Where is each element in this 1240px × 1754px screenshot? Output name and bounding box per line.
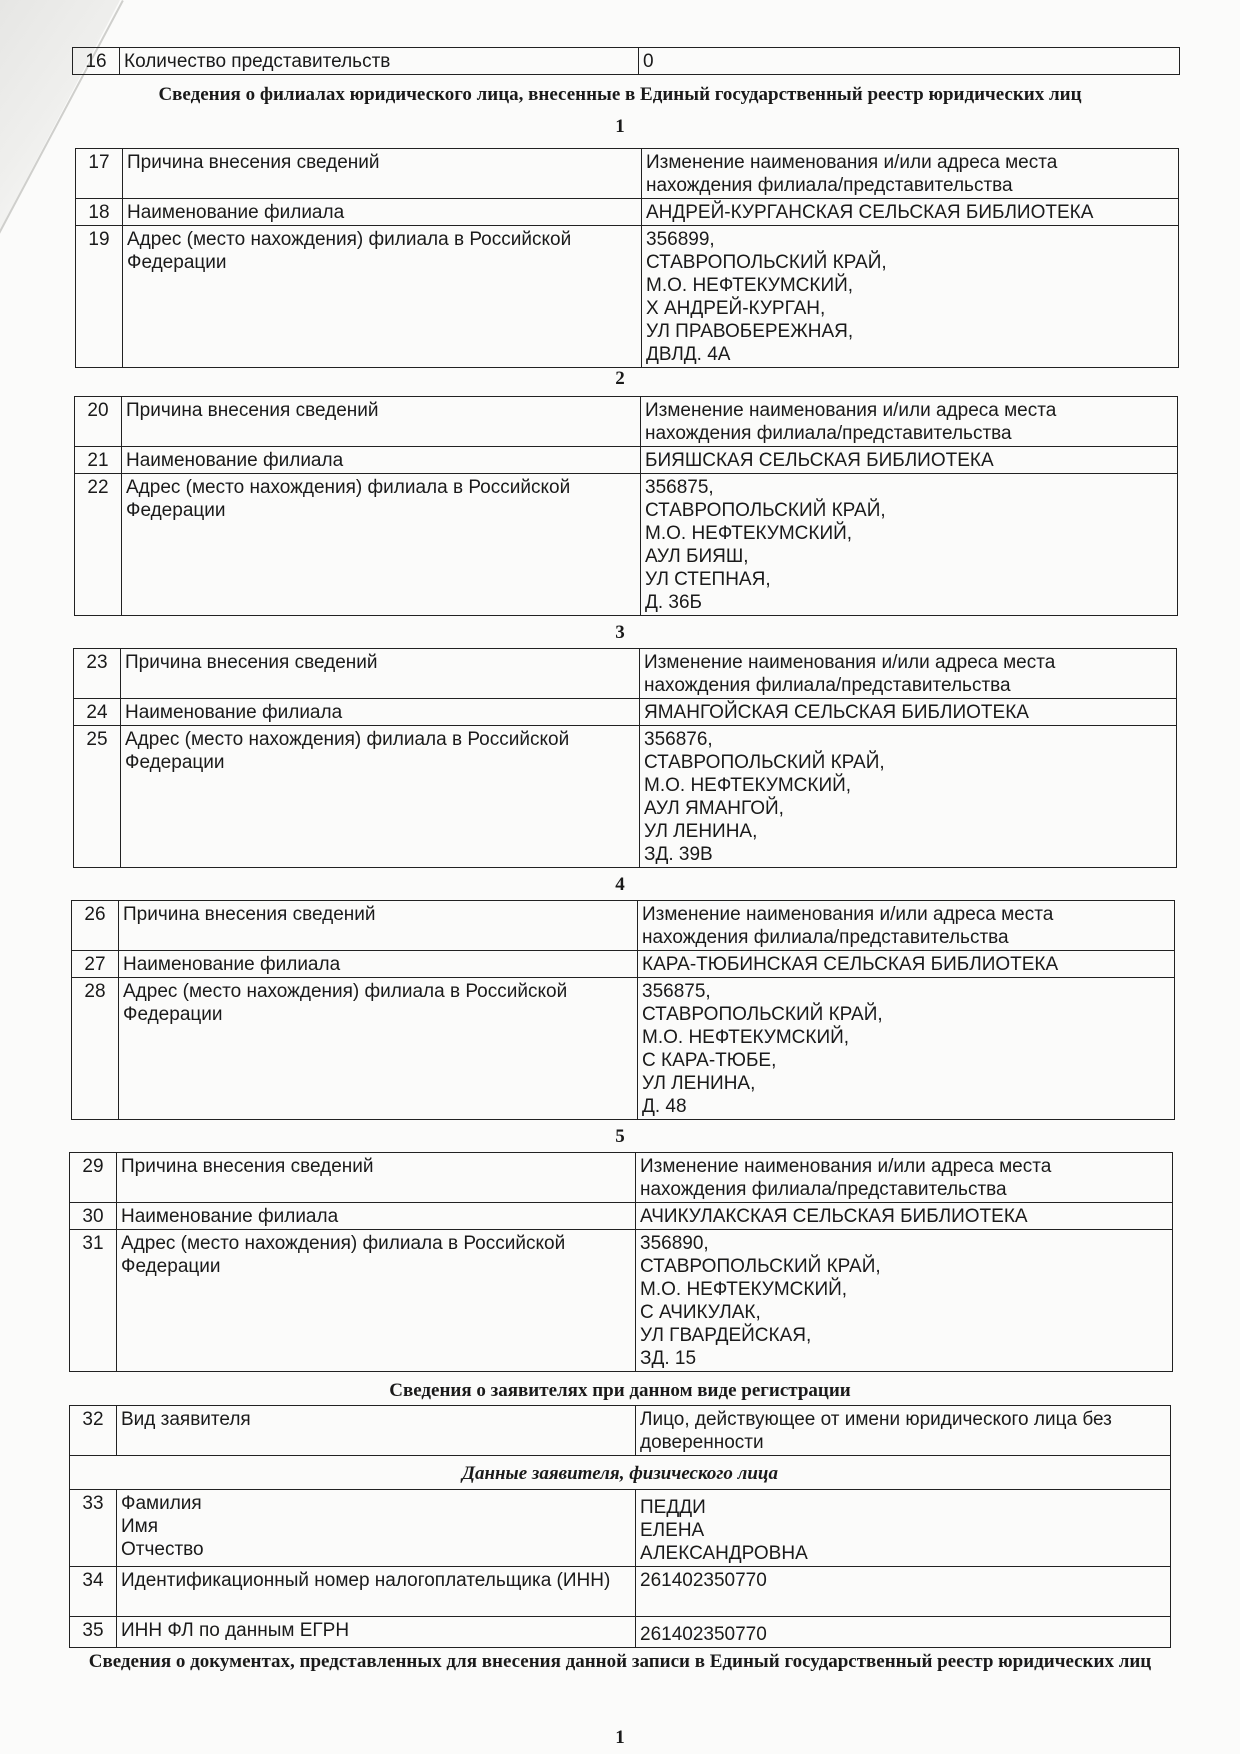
branch-index-4: 4 [0, 874, 1240, 896]
row-value: Изменение наименования и/или адреса мест… [641, 397, 1178, 447]
row-label: Адрес (место нахождения) филиала в Росси… [121, 726, 640, 868]
row-label: Причина внесения сведений [122, 397, 641, 447]
applicants-section-heading: Сведения о заявителях при данном виде ре… [60, 1380, 1180, 1402]
table-row: 31 Адрес (место нахождения) филиала в Ро… [70, 1230, 1173, 1372]
table-row: 21 Наименование филиала БИЯШСКАЯ СЕЛЬСКА… [75, 447, 1178, 474]
row-value: 261402350770 [636, 1567, 1171, 1617]
table-row: 18 Наименование филиала АНДРЕЙ-КУРГАНСКА… [76, 199, 1179, 226]
row-number: 16 [73, 48, 120, 75]
row-number: 22 [75, 474, 122, 616]
table-row: 22 Адрес (место нахождения) филиала в Ро… [75, 474, 1178, 616]
row-value: Лицо, действующее от имени юридического … [636, 1406, 1171, 1456]
table-row: 35 ИНН ФЛ по данным ЕГРН 261402350770 [70, 1617, 1171, 1648]
row-number: 32 [70, 1406, 117, 1456]
branch-index-3: 3 [0, 622, 1240, 644]
table-row: Данные заявителя, физического лица [70, 1456, 1171, 1490]
representatives-count-table: 16 Количество представительств 0 [72, 47, 1180, 75]
row-number: 23 [74, 649, 121, 699]
table-row: 25 Адрес (место нахождения) филиала в Ро… [74, 726, 1177, 868]
row-label: Причина внесения сведений [121, 649, 640, 699]
row-number: 35 [70, 1617, 117, 1648]
row-value: КАРА-ТЮБИНСКАЯ СЕЛЬСКАЯ БИБЛИОТЕКА [638, 951, 1175, 978]
row-number: 29 [70, 1153, 117, 1203]
row-label: Адрес (место нахождения) филиала в Росси… [119, 978, 638, 1120]
table-row: 19 Адрес (место нахождения) филиала в Ро… [76, 226, 1179, 368]
row-value: Изменение наименования и/или адреса мест… [638, 901, 1175, 951]
row-label: Количество представительств [120, 48, 639, 75]
row-number: 18 [76, 199, 123, 226]
branch-table-4: 26 Причина внесения сведений Изменение н… [71, 900, 1175, 1120]
applicant-table: 32 Вид заявителя Лицо, действующее от им… [69, 1405, 1171, 1648]
row-label: Наименование филиала [119, 951, 638, 978]
row-number: 17 [76, 149, 123, 199]
page-number: 1 [0, 1727, 1240, 1749]
table-row: 27 Наименование филиала КАРА-ТЮБИНСКАЯ С… [72, 951, 1175, 978]
table-row: 26 Причина внесения сведений Изменение н… [72, 901, 1175, 951]
row-label: Наименование филиала [122, 447, 641, 474]
row-number: 20 [75, 397, 122, 447]
row-value: АНДРЕЙ-КУРГАНСКАЯ СЕЛЬСКАЯ БИБЛИОТЕКА [642, 199, 1179, 226]
table-row: 24 Наименование филиала ЯМАНГОЙСКАЯ СЕЛЬ… [74, 699, 1177, 726]
branch-index-1: 1 [0, 116, 1240, 138]
row-value: Изменение наименования и/или адреса мест… [640, 649, 1177, 699]
branch-table-1: 17 Причина внесения сведений Изменение н… [75, 148, 1179, 368]
table-row: 30 Наименование филиала АЧИКУЛАКСКАЯ СЕЛ… [70, 1203, 1173, 1230]
row-number: 31 [70, 1230, 117, 1372]
branch-index-5: 5 [0, 1126, 1240, 1148]
row-label: Причина внесения сведений [123, 149, 642, 199]
branch-table-5: 29 Причина внесения сведений Изменение н… [69, 1152, 1173, 1372]
row-label: Идентификационный номер налогоплательщик… [117, 1567, 636, 1617]
row-number: 19 [76, 226, 123, 368]
row-value: Изменение наименования и/или адреса мест… [642, 149, 1179, 199]
row-number: 21 [75, 447, 122, 474]
row-number: 27 [72, 951, 119, 978]
table-row: 20 Причина внесения сведений Изменение н… [75, 397, 1178, 447]
row-label: Адрес (место нахождения) филиала в Росси… [117, 1230, 636, 1372]
row-value: 356899, СТАВРОПОЛЬСКИЙ КРАЙ, М.О. НЕФТЕК… [642, 226, 1179, 368]
row-label: Фамилия Имя Отчество [117, 1490, 636, 1567]
row-value: Изменение наименования и/или адреса мест… [636, 1153, 1173, 1203]
table-row: 33 Фамилия Имя Отчество ПЕДДИ ЕЛЕНА АЛЕК… [70, 1490, 1171, 1567]
branches-section-heading: Сведения о филиалах юридического лица, в… [60, 84, 1180, 106]
row-number: 26 [72, 901, 119, 951]
row-label: Причина внесения сведений [119, 901, 638, 951]
row-label: Вид заявителя [117, 1406, 636, 1456]
row-value: 356875, СТАВРОПОЛЬСКИЙ КРАЙ, М.О. НЕФТЕК… [638, 978, 1175, 1120]
branch-table-2: 20 Причина внесения сведений Изменение н… [74, 396, 1178, 616]
row-value: ПЕДДИ ЕЛЕНА АЛЕКСАНДРОВНА [636, 1490, 1171, 1567]
row-value: 356876, СТАВРОПОЛЬСКИЙ КРАЙ, М.О. НЕФТЕК… [640, 726, 1177, 868]
row-label: Адрес (место нахождения) филиала в Росси… [123, 226, 642, 368]
row-number: 30 [70, 1203, 117, 1230]
row-value: 261402350770 [636, 1617, 1171, 1648]
branch-index-2: 2 [0, 368, 1240, 390]
row-number: 34 [70, 1567, 117, 1617]
row-label: Причина внесения сведений [117, 1153, 636, 1203]
row-number: 25 [74, 726, 121, 868]
row-value: 356875, СТАВРОПОЛЬСКИЙ КРАЙ, М.О. НЕФТЕК… [641, 474, 1178, 616]
row-label: Наименование филиала [123, 199, 642, 226]
row-value: 0 [639, 48, 1180, 75]
row-number: 28 [72, 978, 119, 1120]
row-label: Наименование филиала [121, 699, 640, 726]
table-row: 29 Причина внесения сведений Изменение н… [70, 1153, 1173, 1203]
table-row: 28 Адрес (место нахождения) филиала в Ро… [72, 978, 1175, 1120]
row-value: БИЯШСКАЯ СЕЛЬСКАЯ БИБЛИОТЕКА [641, 447, 1178, 474]
branch-table-3: 23 Причина внесения сведений Изменение н… [73, 648, 1177, 868]
table-row: 17 Причина внесения сведений Изменение н… [76, 149, 1179, 199]
row-number: 24 [74, 699, 121, 726]
table-row: 32 Вид заявителя Лицо, действующее от им… [70, 1406, 1171, 1456]
row-value: ЯМАНГОЙСКАЯ СЕЛЬСКАЯ БИБЛИОТЕКА [640, 699, 1177, 726]
row-label: ИНН ФЛ по данным ЕГРН [117, 1617, 636, 1648]
row-label: Адрес (место нахождения) филиала в Росси… [122, 474, 641, 616]
table-row: 34 Идентификационный номер налогоплатель… [70, 1567, 1171, 1617]
table-row: 16 Количество представительств 0 [73, 48, 1180, 75]
row-value: 356890, СТАВРОПОЛЬСКИЙ КРАЙ, М.О. НЕФТЕК… [636, 1230, 1173, 1372]
row-value: АЧИКУЛАКСКАЯ СЕЛЬСКАЯ БИБЛИОТЕКА [636, 1203, 1173, 1230]
row-number: 33 [70, 1490, 117, 1567]
applicant-subheading: Данные заявителя, физического лица [70, 1456, 1171, 1490]
table-row: 23 Причина внесения сведений Изменение н… [74, 649, 1177, 699]
row-label: Наименование филиала [117, 1203, 636, 1230]
documents-section-heading: Сведения о документах, представленных дл… [70, 1650, 1170, 1673]
